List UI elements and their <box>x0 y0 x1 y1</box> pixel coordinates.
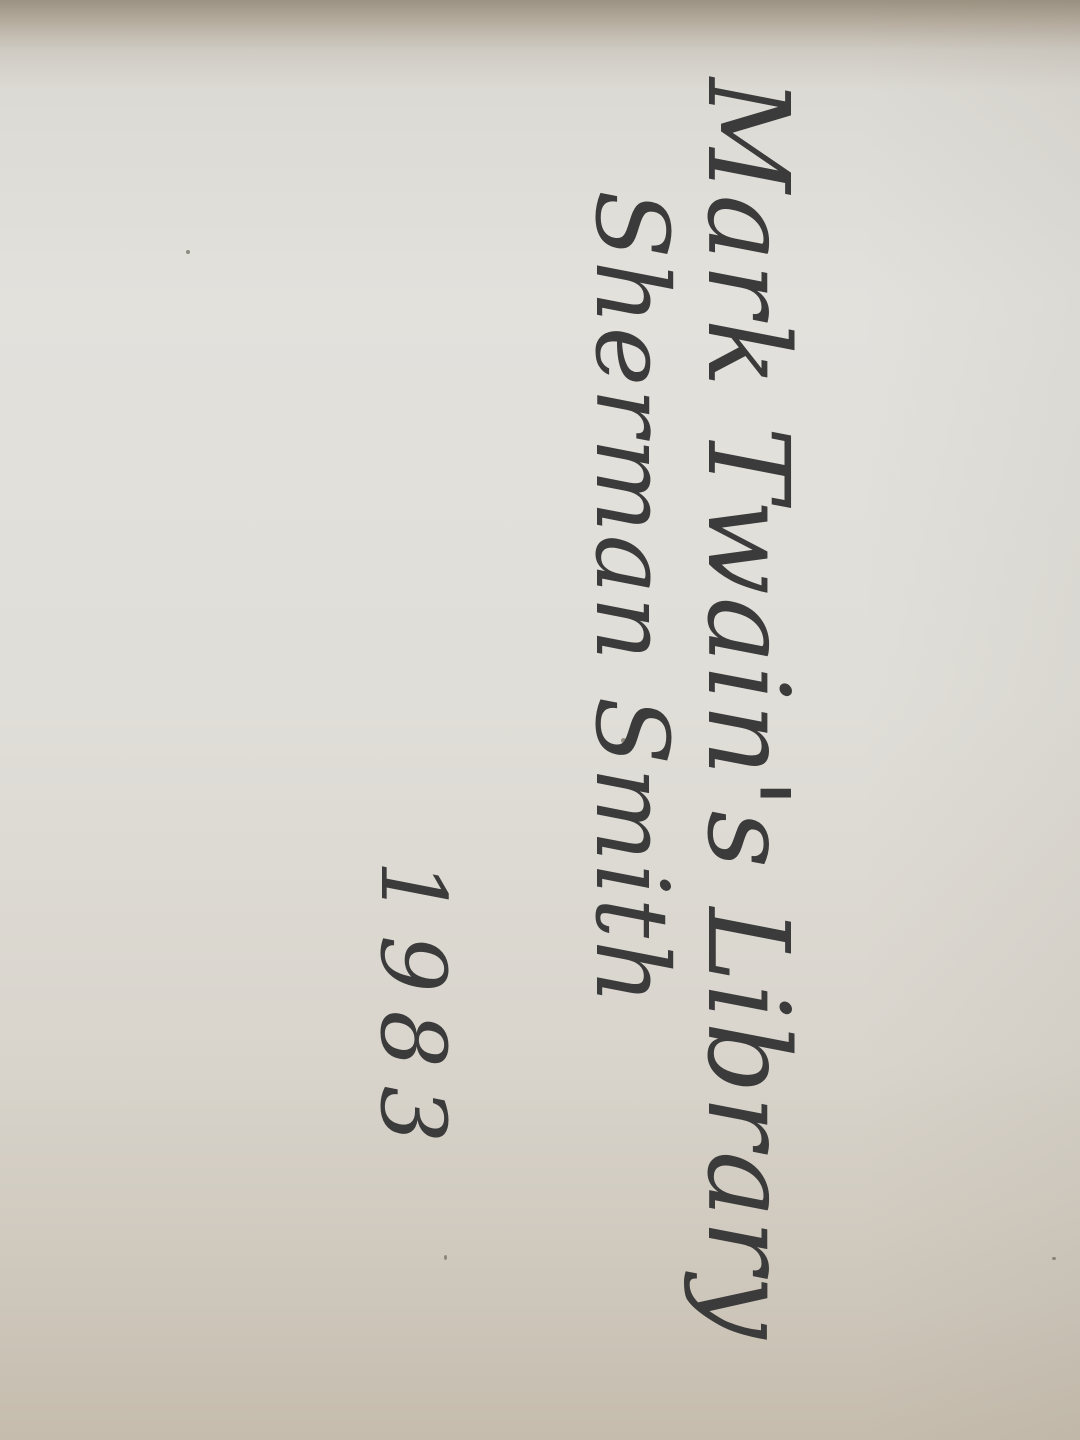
inscription-line-1: Mark Twain's Library <box>682 78 812 1341</box>
inscription-line-2: Sherman Smith <box>573 190 690 1006</box>
inscription-date: 1983 <box>360 860 465 1161</box>
paper-speck <box>1052 1257 1056 1260</box>
paper-speck <box>444 1255 447 1260</box>
paper-speck <box>186 250 190 254</box>
paper-shadow <box>860 0 1080 1440</box>
